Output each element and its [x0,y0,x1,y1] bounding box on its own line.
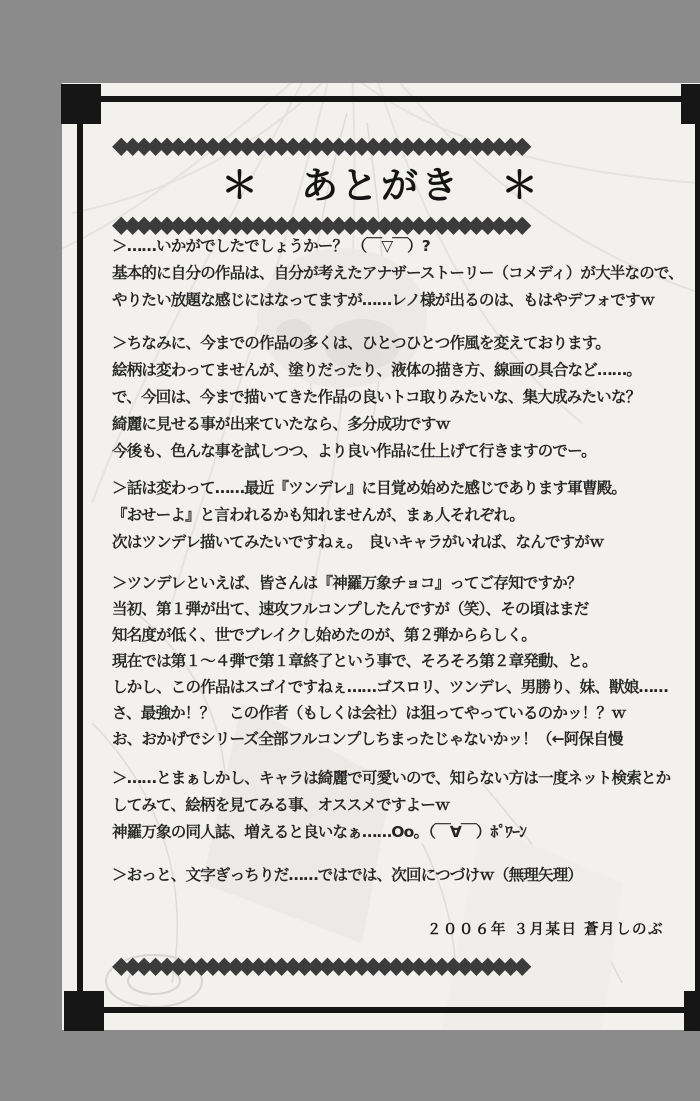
frame-corner-bottom-left [64,991,104,1031]
diamond-separator-bottom: ◆◆◆◆◆◆◆◆◆◆◆◆◆◆◆◆◆◆◆◆◆◆◆◆◆◆◆◆◆◆◆◆◆◆◆◆ [112,954,674,980]
frame-bar-bottom [103,1007,686,1013]
page-title: ＊ あとがき ＊ [62,155,700,209]
text-line: ＞話は変わって……最近『ツンデレ』に目覚め始めた感じであります軍曹殿。 [112,475,698,502]
text-line: 当初、第１弾が出て、速攻フルコンプしたんですが（笑）、その頃はまだ [112,596,698,622]
frame-bar-left [77,122,83,994]
afterword-paragraph-2: ＞ちなみに、今までの作品の多くは、ひとつひとつ作風を変えております。 絵柄は変わ… [112,330,698,465]
frame-corner-bottom-right [684,991,700,1031]
text-line: で、今回は、今まで描いてきた作品の良いトコ取りみたいな、集大成みたいな？ [112,384,698,411]
text-line: ＞ちなみに、今までの作品の多くは、ひとつひとつ作風を変えております。 [112,330,698,357]
text-line: ＞ツンデレといえば、皆さんは『神羅万象チョコ』ってご存知ですか？ [112,570,698,596]
text-line: 『おせーよ』と言われるかも知れませんが、まぁ人それぞれ。 [112,502,698,529]
text-line: 綺麗に見せる事が出来ていたなら、多分成功ですｗ [112,411,698,438]
frame-corner-top-left [61,84,101,124]
text-line: しかし、この作品はスゴイですねぇ……ゴスロリ、ツンデレ、男勝り、妹、獣娘…… [112,674,698,700]
scan-outer-background: ◆◆◆◆◆◆◆◆◆◆◆◆◆◆◆◆◆◆◆◆◆◆◆◆◆◆◆◆◆◆◆◆◆◆◆◆ ◆◆◆… [0,0,700,1101]
text-line: ＞おっと、文字ぎっちりだ……ではでは、次回につづけｗ（無理矢理） [112,862,698,889]
text-line: 現在では第１～４弾で第１章終了という事で、そろそろ第２章発動、と。 [112,648,698,674]
text-line: 知名度が低く、世でブレイクし始めたのが、第２弾かららしく。 [112,622,698,648]
afterword-paragraph-6: ＞おっと、文字ぎっちりだ……ではでは、次回につづけｗ（無理矢理） [112,862,698,889]
text-line: やりたい放題な感じにはなってますが……レノ様が出るのは、もはやデフォですｗ [112,287,698,314]
text-line: ＞……とまぁしかし、キャラは綺麗で可愛いので、知らない方は一度ネット検索とか [112,765,698,792]
text-line: 今後も、色んな事を試しつつ、より良い作品に仕上げて行きますのでー。 [112,438,698,465]
text-line: ＞……いかがでしたでしょうかー？ （￣▽￣）? [112,233,698,260]
afterword-paragraph-5: ＞……とまぁしかし、キャラは綺麗で可愛いので、知らない方は一度ネット検索とか し… [112,765,698,846]
frame-bar-top [98,96,684,102]
afterword-paragraph-1: ＞……いかがでしたでしょうかー？ （￣▽￣）? 基本的に自分の作品は、自分が考え… [112,233,698,314]
text-line: お、おかげでシリーズ全部フルコンプしちまったじゃないかッ！（←阿保自慢 [112,726,698,752]
text-line: 基本的に自分の作品は、自分が考えたアナザーストーリー（コメディ）が大半なので、 [112,260,698,287]
afterword-paragraph-3: ＞話は変わって……最近『ツンデレ』に目覚め始めた感じであります軍曹殿。 『おせー… [112,475,698,556]
text-line: 次はツンデレ描いてみたいですねぇ。 良いキャラがいれば、なんですがｗ [112,529,698,556]
text-line: 絵柄は変わってませんが、塗りだったり、液体の描き方、線画の具合など……。 [112,357,698,384]
frame-corner-top-right [681,84,700,124]
afterword-paragraph-4: ＞ツンデレといえば、皆さんは『神羅万象チョコ』ってご存知ですか？ 当初、第１弾が… [112,570,698,752]
text-line: してみて、絵柄を見てみる事、オススメですよーｗ [112,792,698,819]
text-line: さ、最強か！？ この作者（もしくは会社）は狙ってやっているのかッ！？ｗ [112,700,698,726]
text-line: 神羅万象の同人誌、増えると良いなぁ……Oo。（￣∀￣）ﾎﾟﾜｰﾝ [112,819,698,846]
date-signature: ２００６年 ３月某日 蒼月しのぶ [112,918,664,939]
